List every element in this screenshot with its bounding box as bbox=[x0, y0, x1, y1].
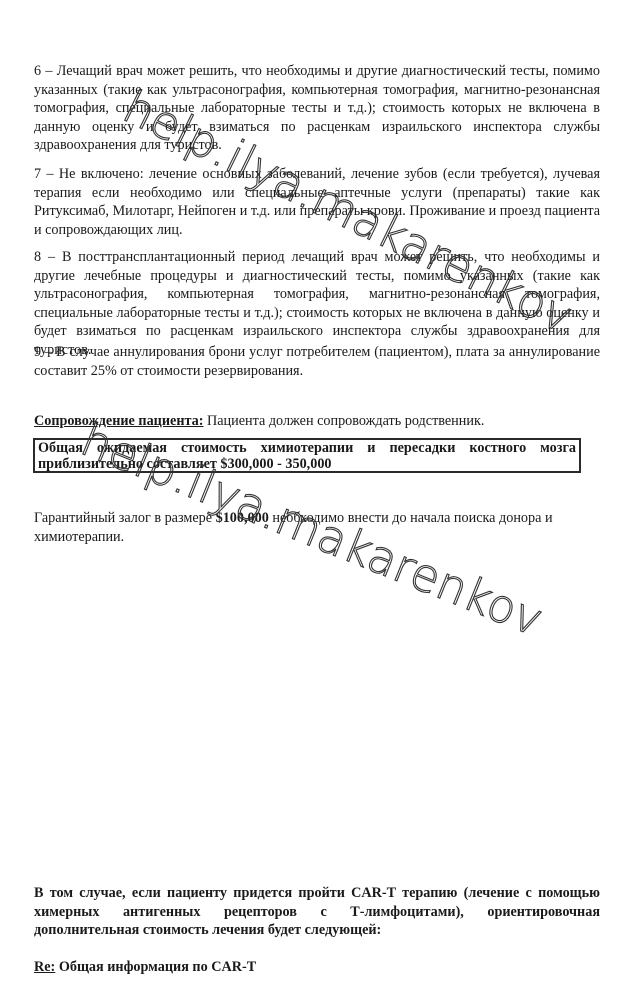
re-line: Re: Общая информация по CAR-T bbox=[34, 958, 600, 977]
paragraph-6: 6 – Лечащий врач может решить, что необх… bbox=[34, 62, 600, 155]
deposit-line: Гарантийный залог в размере $100,000 нео… bbox=[34, 509, 600, 546]
re-label: Re: bbox=[34, 959, 55, 975]
deposit-before: Гарантийный залог в размере bbox=[34, 510, 216, 526]
document-page: 6 – Лечащий врач может решить, что необх… bbox=[0, 0, 642, 1000]
escort-text: Пациента должен сопровождать родственник… bbox=[203, 413, 484, 429]
car-t-intro: В том случае, если пациенту придется про… bbox=[34, 884, 600, 940]
paragraph-7: 7 – Не включено: лечение основных заболе… bbox=[34, 165, 600, 239]
total-cost-box: Общая ожидаемая стоимость химиотерапии и… bbox=[33, 438, 581, 473]
total-cost-text: Общая ожидаемая стоимость химиотерапии и… bbox=[38, 440, 576, 472]
escort-label: Сопровождение пациента: bbox=[34, 413, 203, 429]
escort-line: Сопровождение пациента: Пациента должен … bbox=[34, 412, 600, 431]
paragraph-9: 9 – В случае аннулирования брони услуг п… bbox=[34, 343, 600, 380]
deposit-amount: $100,000 bbox=[216, 510, 269, 526]
re-text: Общая информация по CAR-T bbox=[55, 959, 256, 975]
